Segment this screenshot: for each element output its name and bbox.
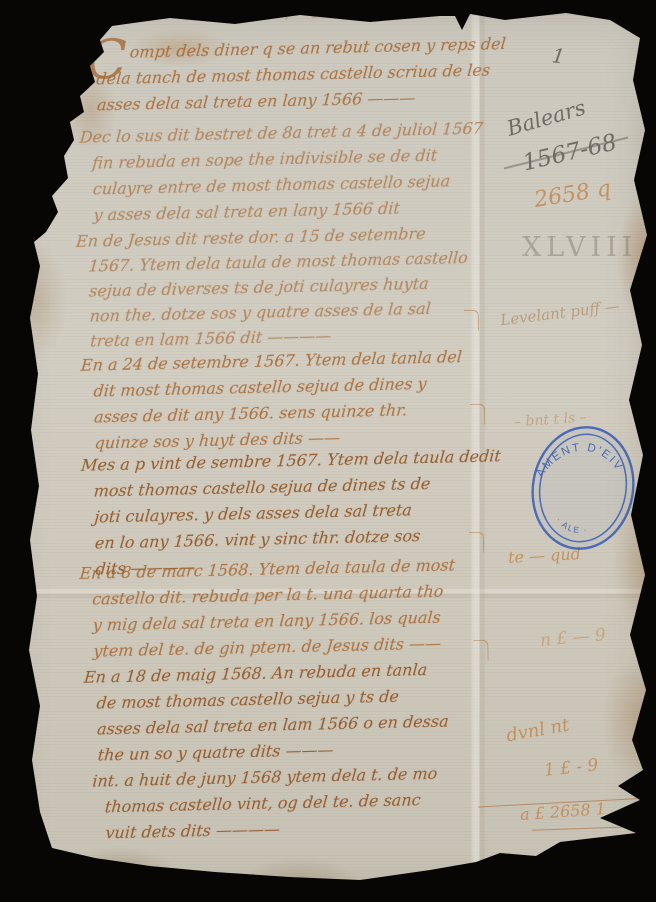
- manuscript-line: castello dit. rebuda per la t. una quart…: [91, 577, 493, 612]
- manuscript-line: asses de dit any 1566. sens quinze thr.: [93, 395, 495, 430]
- years-pencil-note: 1567-68: [520, 130, 619, 177]
- stamp-outer-ring: [524, 419, 642, 557]
- pencil-underline: [504, 137, 629, 170]
- margin-ink-note: Levelant puff —: [499, 297, 620, 329]
- roman-numeral-note: XLVIII: [522, 232, 637, 263]
- manuscript-line: the un so y quatre dits ———: [97, 733, 499, 768]
- manuscript-line: ytem del te. de gin ptem. de Jesus dits …: [92, 629, 494, 664]
- manuscript-line: most thomas castello sejua de dines ts d…: [93, 469, 495, 504]
- manuscript-line: En a 24 de setembre 1567. Ytem dela tanl…: [80, 343, 494, 378]
- manuscript-line: dits ————: [94, 547, 496, 582]
- manuscript-line: quinze sos y huyt des dits ——: [94, 421, 496, 456]
- manuscript-line: dit most thomas castello sejua de dines …: [92, 369, 494, 404]
- region-pencil-note: Balears: [504, 95, 588, 140]
- folio-number: 1: [550, 43, 566, 69]
- manuscript-paragraph: En a 8 de marc 1568. Ytem dela taula de …: [91, 551, 493, 664]
- quantity-ink-note: 2658 q: [533, 176, 613, 213]
- manuscript-line: treta en lam 1566 dit ————: [89, 319, 491, 353]
- stamp-text-bottom: · ALE ·: [553, 514, 591, 537]
- manuscript-line: dela tanch de most thomas castello scriu…: [95, 57, 497, 92]
- manuscript-line: 1567. Ytem dela taula de most thomas cas…: [88, 244, 490, 278]
- manuscript-line: int. a huit de juny 1568 ytem dela t. de…: [91, 759, 505, 794]
- manuscript-line: En a 18 de maig 1568. An rebuda en tanla: [83, 655, 497, 690]
- manuscript-paragraph: int. a huit de juny 1568 ytem dela t. de…: [104, 759, 506, 846]
- manuscript-paragraph: En de Jesus dit reste dor. a 15 de setem…: [88, 219, 491, 353]
- manuscript-line: non the. dotze sos y quatre asses de la …: [89, 294, 491, 328]
- manuscript-line: Dec lo sus dit bestret de 8a tret a 4 de…: [79, 115, 493, 150]
- manuscript-line: Mes a p vint de sembre 1567. Ytem dela t…: [80, 443, 494, 478]
- binding-thread: [15, 629, 25, 645]
- manuscript-page: ✝ ⁊ 1 × C ompt dels diner q se an rebut …: [0, 0, 656, 902]
- manuscript-line: En de Jesus dit reste dor. a 15 de setem…: [75, 219, 489, 253]
- decorated-initial: C: [85, 28, 128, 92]
- stamp-text-top: AMENT D'EIV: [533, 433, 628, 493]
- photo-background: ✝ ⁊ 1 × C ompt dels diner q se an rebut …: [0, 0, 656, 902]
- manuscript-line: fin rebuda en sope the indivisible se de…: [91, 141, 493, 176]
- header-marks: ✝ ⁊ 1 ×: [249, 2, 362, 23]
- manuscript-line: y asses dela sal treta en lany 1566 dit: [92, 193, 494, 228]
- manuscript-paragraph: En a 24 de setembre 1567. Ytem dela tanl…: [93, 343, 495, 456]
- manuscript-line: asses dela sal treta en lam 1566 o en de…: [96, 707, 498, 742]
- sum-rule-line: [478, 797, 650, 807]
- amount-ink-note: n £ — 9: [539, 625, 606, 651]
- manuscript-paragraph: ompt dels diner q se an rebut cosen y re…: [96, 31, 498, 118]
- manuscript-line: ompt dels diner q se an rebut cosen y re…: [129, 31, 497, 65]
- manuscript-line: joti culayres. y dels asses dela sal tre…: [93, 495, 495, 530]
- margin-ink-note: – bnt t ls –: [514, 409, 588, 430]
- amount-ink-note: 1 £ - 9: [543, 755, 599, 781]
- manuscript-line: en lo any 1566. vint y sinc thr. dotze s…: [94, 521, 496, 556]
- svg-text:AMENT D'EIV: AMENT D'EIV: [533, 433, 628, 493]
- archive-oval-stamp: AMENT D'EIV · ALE ·: [524, 418, 642, 558]
- sum-rule-line: [532, 826, 632, 830]
- line-end-flourish: [464, 310, 479, 331]
- stamp-inner-ring: [531, 427, 634, 548]
- margin-ink-note: dvnl nt: [505, 715, 571, 747]
- line-end-flourish: [473, 640, 488, 661]
- svg-text:· ALE ·: · ALE ·: [553, 514, 591, 537]
- manuscript-paragraph: Mes a p vint de sembre 1567. Ytem dela t…: [93, 443, 496, 582]
- manuscript-line: culayre entre de most thomas castello se…: [92, 167, 494, 202]
- binding-thread: [4, 590, 32, 609]
- binding-thread: [10, 606, 28, 627]
- line-end-flourish: [470, 404, 485, 425]
- manuscript-line: asses dela sal treta en lany 1566 ———: [96, 83, 498, 118]
- line-end-flourish: [469, 532, 484, 553]
- manuscript-line: y mig dela sal treta en lany 1566. los q…: [92, 603, 494, 638]
- manuscript-paragraph: En a 18 de maig 1568. An rebuda en tanla…: [96, 655, 498, 768]
- manuscript-text-block: ✝ ⁊ 1 × C ompt dels diner q se an rebut …: [0, 0, 656, 902]
- manuscript-line: de most thomas castello sejua y ts de: [96, 681, 498, 716]
- manuscript-line: En a 8 de marc 1568. Ytem dela taula de …: [79, 551, 493, 586]
- manuscript-line: sejua de diverses ts de joti culayres hu…: [88, 269, 490, 303]
- margin-ink-note: te — qud: [508, 544, 582, 567]
- sum-total-note: a £ 2658 1: [519, 799, 606, 824]
- manuscript-line: vuit dets dits ————: [104, 811, 506, 846]
- manuscript-paragraph: Dec lo sus dit bestret de 8a tret a 4 de…: [91, 115, 493, 228]
- manuscript-line: thomas castello vint, og del te. de sanc: [104, 785, 506, 820]
